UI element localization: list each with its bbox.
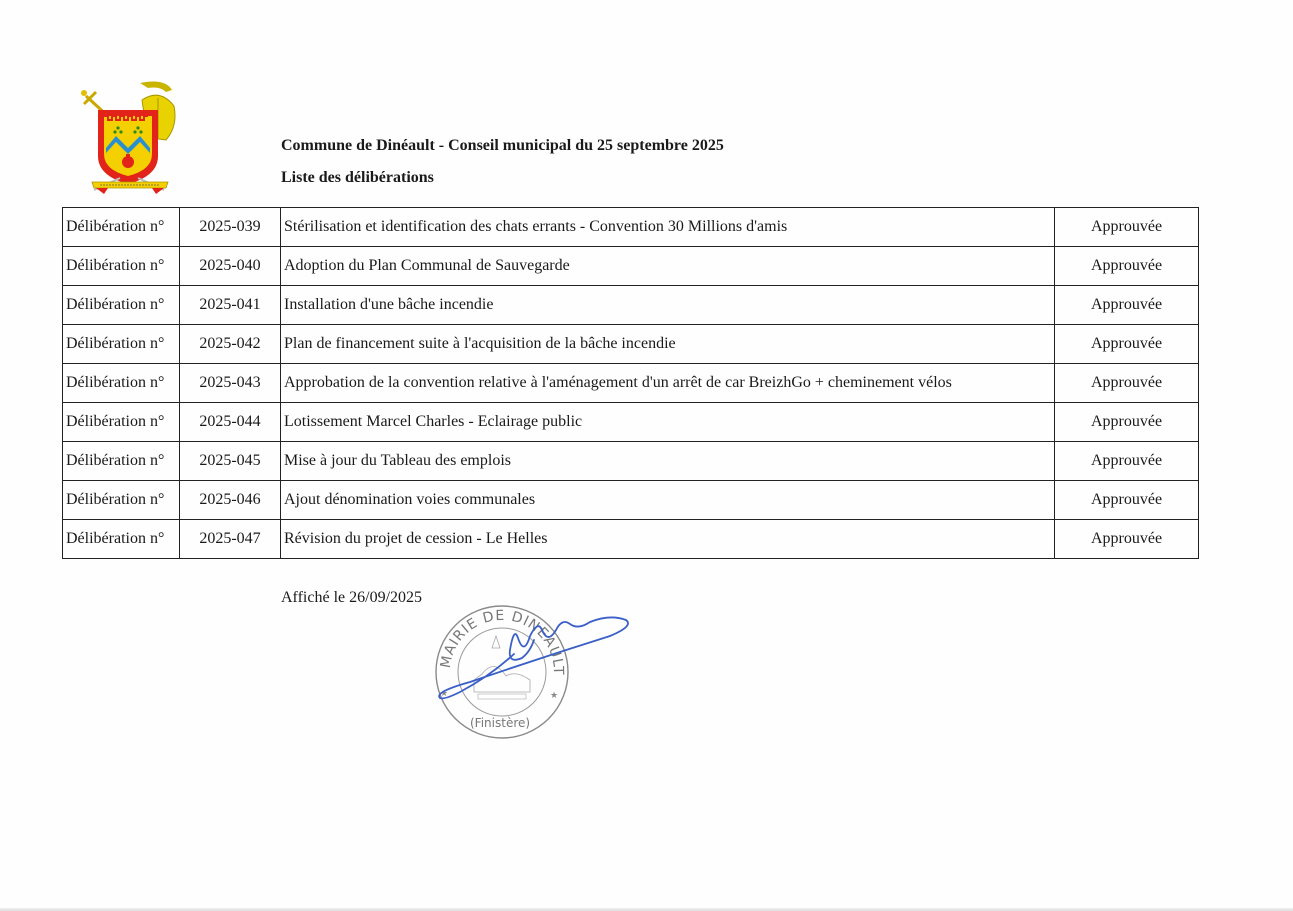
deliberation-status: Approuvée (1055, 364, 1199, 403)
deliberation-title: Révision du projet de cession - Le Helle… (281, 520, 1055, 559)
table-row: Délibération n°2025-042Plan de financeme… (63, 325, 1199, 364)
deliberation-title: Ajout dénomination voies communales (281, 481, 1055, 520)
deliberation-status: Approuvée (1055, 286, 1199, 325)
deliberation-title: Mise à jour du Tableau des emplois (281, 442, 1055, 481)
deliberation-status: Approuvée (1055, 520, 1199, 559)
deliberation-status: Approuvée (1055, 208, 1199, 247)
deliberation-title: Adoption du Plan Communal de Sauvegarde (281, 247, 1055, 286)
seal-bottom-text: (Finistère) (470, 716, 530, 730)
coat-of-arms-icon (80, 78, 180, 196)
deliberation-label: Délibération n° (63, 442, 180, 481)
table-row: Délibération n°2025-046Ajout dénominatio… (63, 481, 1199, 520)
table-row: Délibération n°2025-040Adoption du Plan … (63, 247, 1199, 286)
deliberation-status: Approuvée (1055, 442, 1199, 481)
table-row: Délibération n°2025-041Installation d'un… (63, 286, 1199, 325)
table-row: Délibération n°2025-045Mise à jour du Ta… (63, 442, 1199, 481)
deliberation-number: 2025-042 (180, 325, 281, 364)
deliberation-number: 2025-039 (180, 208, 281, 247)
seal-top-text: MAIRIE DE DINEAULT (438, 608, 566, 676)
deliberation-number: 2025-041 (180, 286, 281, 325)
deliberation-status: Approuvée (1055, 325, 1199, 364)
deliberation-number: 2025-045 (180, 442, 281, 481)
svg-text:MAIRIE DE DINEAULT: MAIRIE DE DINEAULT (438, 608, 566, 676)
deliberation-label: Délibération n° (63, 520, 180, 559)
deliberation-status: Approuvée (1055, 481, 1199, 520)
table-row: Délibération n°2025-039Stérilisation et … (63, 208, 1199, 247)
deliberation-number: 2025-043 (180, 364, 281, 403)
deliberation-number: 2025-047 (180, 520, 281, 559)
deliberation-title: Approbation de la convention relative à … (281, 364, 1055, 403)
deliberation-label: Délibération n° (63, 247, 180, 286)
table-row: Délibération n°2025-047Révision du proje… (63, 520, 1199, 559)
deliberation-label: Délibération n° (63, 481, 180, 520)
deliberation-label: Délibération n° (63, 364, 180, 403)
deliberation-title: Installation d'une bâche incendie (281, 286, 1055, 325)
deliberation-number: 2025-044 (180, 403, 281, 442)
document-page: Commune de Dinéault - Conseil municipal … (0, 0, 1293, 911)
deliberation-number: 2025-040 (180, 247, 281, 286)
deliberation-title: Lotissement Marcel Charles - Eclairage p… (281, 403, 1055, 442)
posted-date: Affiché le 26/09/2025 (281, 589, 422, 607)
deliberation-status: Approuvée (1055, 247, 1199, 286)
deliberation-number: 2025-046 (180, 481, 281, 520)
deliberations-table: Délibération n°2025-039Stérilisation et … (62, 207, 1199, 559)
svg-text:★: ★ (550, 690, 558, 700)
page-subtitle: Liste des délibérations (281, 169, 434, 187)
table-row: Délibération n°2025-044Lotissement Marce… (63, 403, 1199, 442)
deliberation-status: Approuvée (1055, 403, 1199, 442)
deliberation-label: Délibération n° (63, 208, 180, 247)
deliberation-label: Délibération n° (63, 403, 180, 442)
deliberation-title: Plan de financement suite à l'acquisitio… (281, 325, 1055, 364)
table-row: Délibération n°2025-043Approbation de la… (63, 364, 1199, 403)
deliberation-label: Délibération n° (63, 286, 180, 325)
page-title: Commune de Dinéault - Conseil municipal … (281, 137, 724, 155)
deliberation-title: Stérilisation et identification des chat… (281, 208, 1055, 247)
official-seal-icon: MAIRIE DE DINEAULT (Finistère) ★ ★ (430, 600, 640, 742)
deliberation-label: Délibération n° (63, 325, 180, 364)
